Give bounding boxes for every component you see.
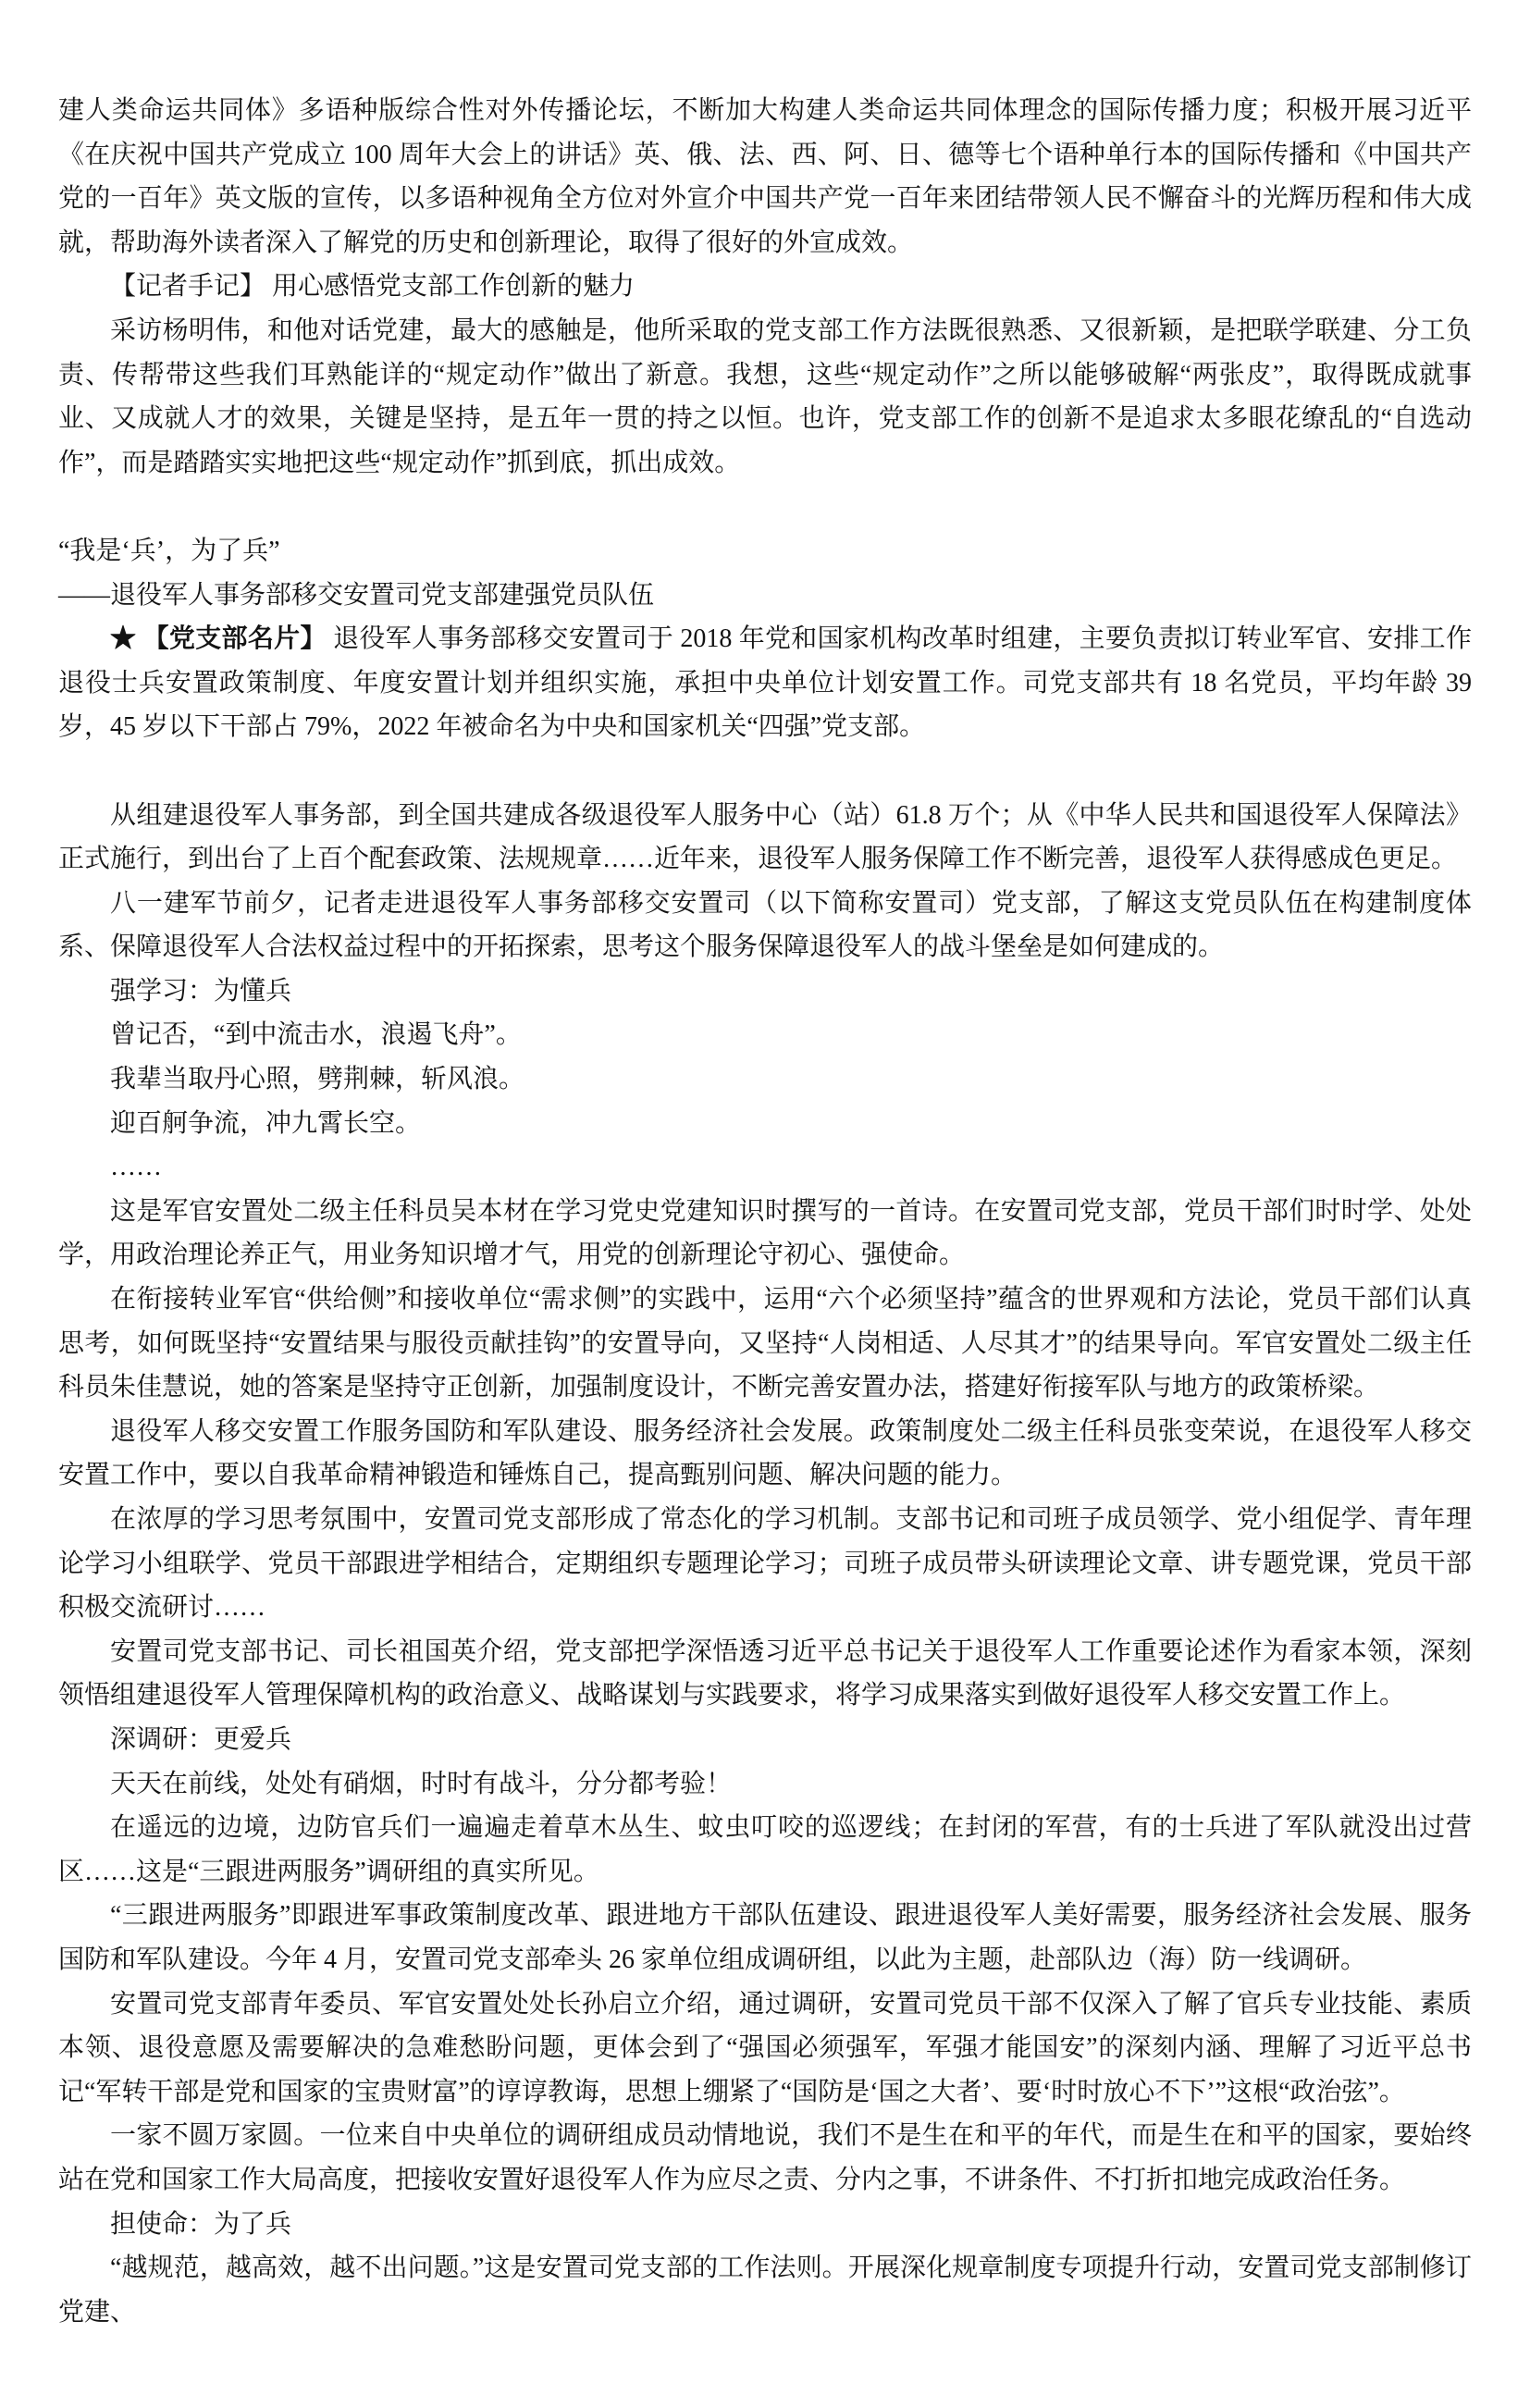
- poem-line-2: 我辈当取丹心照，劈荆棘，斩风浪。: [58, 1057, 1472, 1102]
- paragraph-family-reunion: 一家不圆万家圆。一位来自中央单位的调研组成员动情地说，我们不是生在和平的年代，而…: [58, 2114, 1472, 2202]
- section-heading-reporter-note: 【记者手记】 用心感悟党支部工作创新的魅力: [58, 265, 1472, 309]
- paragraph-poem-author: 这是军官安置处二级主任科员吴本材在学习党史党建知识时撰写的一首诗。在安置司党支部…: [58, 1190, 1472, 1278]
- poem-line-1: 曾记否，“到中流击水，浪遏飞舟”。: [58, 1013, 1472, 1057]
- section-heading-deep-research: 深调研：更爱兵: [58, 1718, 1472, 1762]
- blank-line: [58, 485, 1472, 529]
- article-page: 建人类命运共同体》多语种版综合性对外传播论坛，不断加大构建人类命运共同体理念的国…: [0, 0, 1530, 2408]
- paragraph-sun-qili: 安置司党支部青年委员、军官安置处处长孙启立介绍，通过调研，安置司党员干部不仅深入…: [58, 1982, 1472, 2115]
- ellipsis-line: ……: [58, 1145, 1472, 1190]
- party-branch-card-label: 【党支部名片】: [143, 624, 327, 653]
- paragraph-intro-continuation: 建人类命运共同体》多语种版综合性对外传播论坛，不断加大构建人类命运共同体理念的国…: [58, 89, 1472, 265]
- paragraph-secretary-intro: 安置司党支部书记、司长祖国英介绍，党支部把学深悟透习近平总书记关于退役军人工作重…: [58, 1630, 1472, 1718]
- paragraph-service-defense: 退役军人移交安置工作服务国防和军队建设、服务经济社会发展。政策制度处二级主任科员…: [58, 1410, 1472, 1498]
- paragraph-work-rule: “越规范，越高效，越不出问题。”这是安置司党支部的工作法则。开展深化规章制度专项…: [58, 2246, 1472, 2334]
- poem-line-3: 迎百舸争流，冲九霄长空。: [58, 1102, 1472, 1146]
- paragraph-three-follow: “三跟进两服务”即跟进军事政策制度改革、跟进地方干部队伍建设、跟进退役军人美好需…: [58, 1894, 1472, 1982]
- article-title: “我是‘兵’，为了兵”: [58, 529, 1472, 574]
- article-subtitle: ——退役军人事务部移交安置司党支部建强党员队伍: [58, 574, 1472, 618]
- section-heading-strong-study: 强学习：为懂兵: [58, 969, 1472, 1014]
- star-icon: ★: [110, 624, 143, 653]
- paragraph-army-day-eve: 八一建军节前夕，记者走进退役军人事务部移交安置司（以下简称安置司）党支部，了解这…: [58, 882, 1472, 969]
- paragraph-reporter-note: 采访杨明伟，和他对话党建，最大的感触是，他所采取的党支部工作方法既很熟悉、又很新…: [58, 309, 1472, 485]
- paragraph-frontline: 天天在前线，处处有硝烟，时时有战斗，分分都考验！: [58, 1762, 1472, 1807]
- section-heading-mission: 担使命：为了兵: [58, 2203, 1472, 2247]
- paragraph-border-patrol: 在遥远的边境，边防官兵们一遍遍走着草木丛生、蚊虫叮咬的巡逻线；在封闭的军营，有的…: [58, 1806, 1472, 1894]
- paragraph-party-branch-card: ★ 【党支部名片】 退役军人事务部移交安置司于 2018 年党和国家机构改革时组…: [58, 617, 1472, 749]
- paragraph-study-mechanism: 在浓厚的学习思考氛围中，安置司党支部形成了常态化的学习机制。支部书记和司班子成员…: [58, 1498, 1472, 1630]
- blank-line: [58, 749, 1472, 794]
- paragraph-service-system: 从组建退役军人事务部，到全国共建成各级退役军人服务中心（站）61.8 万个；从《…: [58, 794, 1472, 882]
- paragraph-placement-practice: 在衔接转业军官“供给侧”和接收单位“需求侧”的实践中，运用“六个必须坚持”蕴含的…: [58, 1278, 1472, 1410]
